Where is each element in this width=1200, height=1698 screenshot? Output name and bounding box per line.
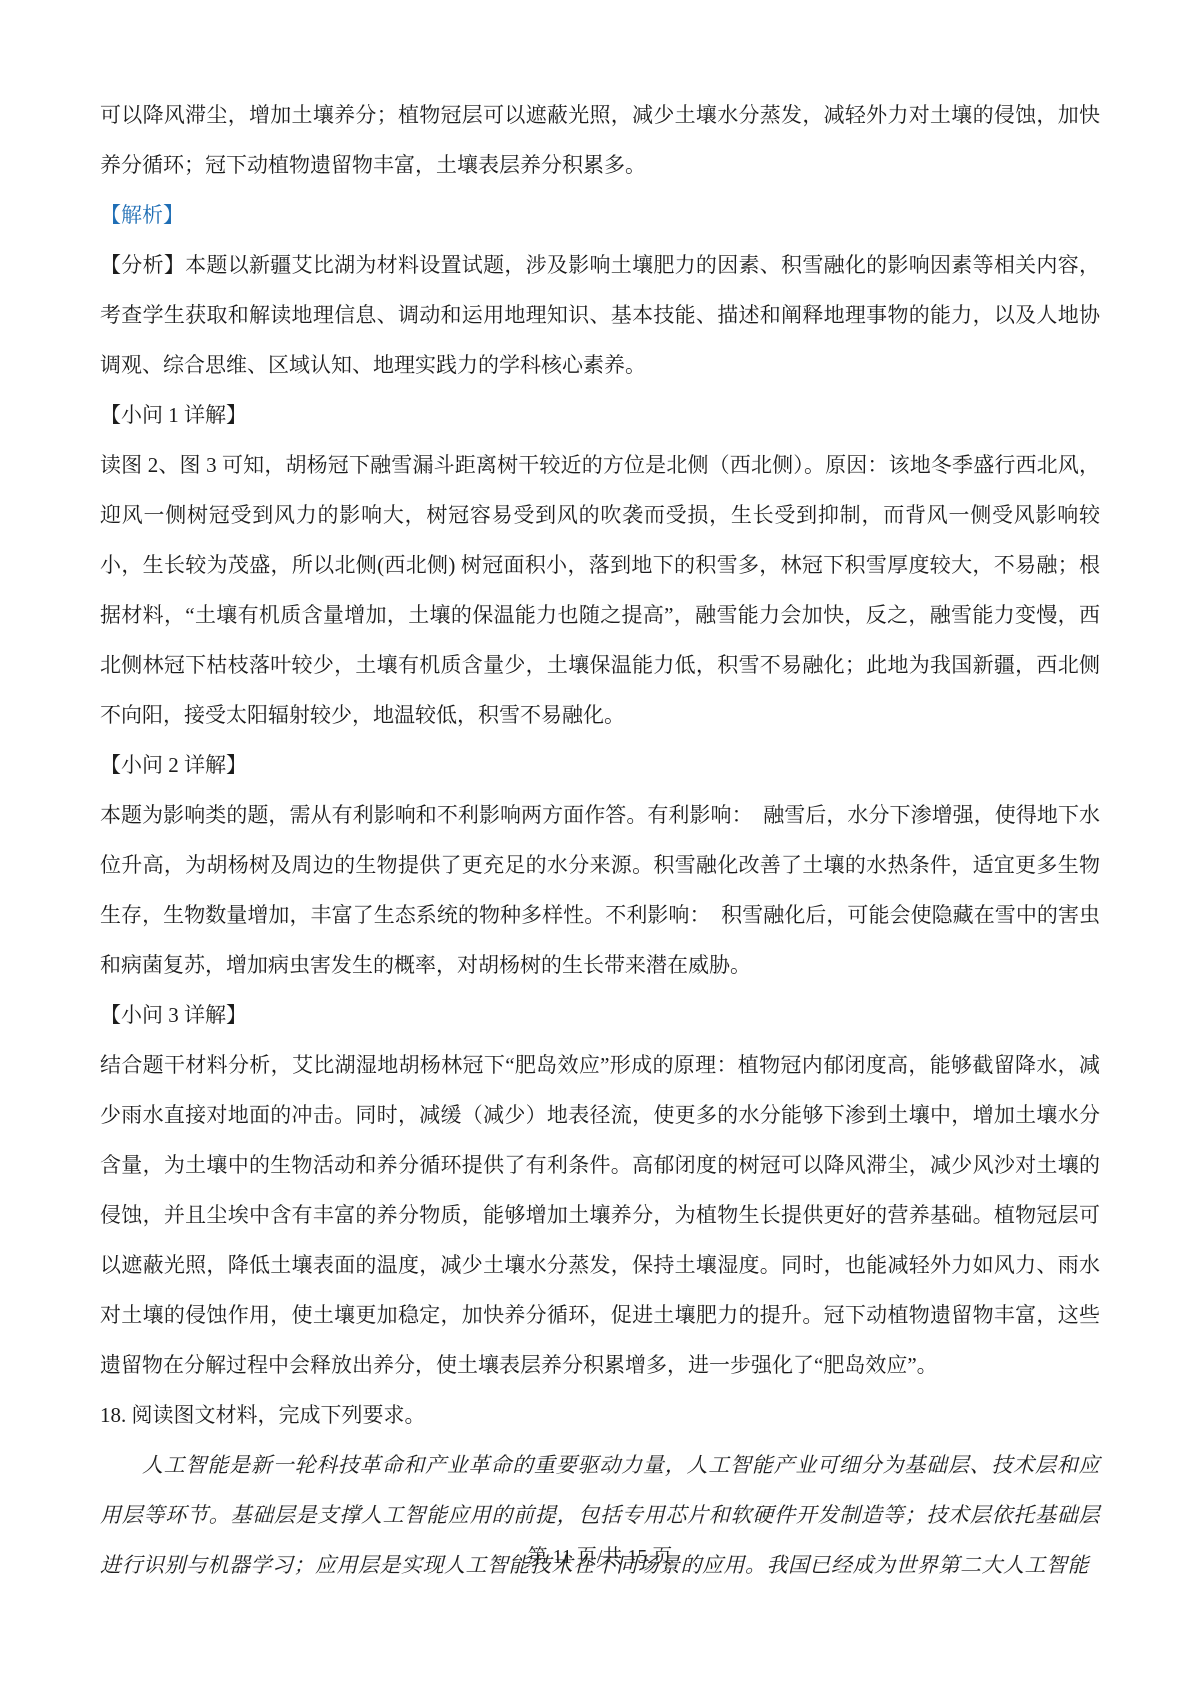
document-page: 可以降风滞尘，增加土壤养分；植物冠层可以遮蔽光照，减少土壤水分蒸发，减轻外力对土… <box>0 0 1200 1698</box>
analysis-section-label: 【解析】 <box>100 190 1100 240</box>
subquestion-2-header: 【小问 2 详解】 <box>100 740 1100 790</box>
analysis-overview-text: 【分析】本题以新疆艾比湖为材料设置试题，涉及影响土壤肥力的因素、积雪融化的影响因… <box>100 240 1100 390</box>
question-18-stem: 18. 阅读图文材料，完成下列要求。 <box>100 1390 1100 1440</box>
page-number-footer: 第 11 页/共 15 页 <box>0 1532 1200 1582</box>
subquestion-1-header: 【小问 1 详解】 <box>100 390 1100 440</box>
subquestion-3-explanation: 结合题干材料分析，艾比湖湿地胡杨林冠下“肥岛效应”形成的原理：植物冠内郁闭度高，… <box>100 1040 1100 1390</box>
subquestion-2-explanation: 本题为影响类的题，需从有利影响和不利影响两方面作答。有利影响： 融雪后，水分下渗… <box>100 790 1100 990</box>
answer-key-content: 可以降风滞尘，增加土壤养分；植物冠层可以遮蔽光照，减少土壤水分蒸发，减轻外力对土… <box>100 90 1100 1590</box>
subquestion-3-header: 【小问 3 详解】 <box>100 990 1100 1040</box>
previous-answer-continuation: 可以降风滞尘，增加土壤养分；植物冠层可以遮蔽光照，减少土壤水分蒸发，减轻外力对土… <box>100 90 1100 190</box>
subquestion-1-explanation: 读图 2、图 3 可知，胡杨冠下融雪漏斗距离树干较近的方位是北侧（西北侧）。原因… <box>100 440 1100 740</box>
